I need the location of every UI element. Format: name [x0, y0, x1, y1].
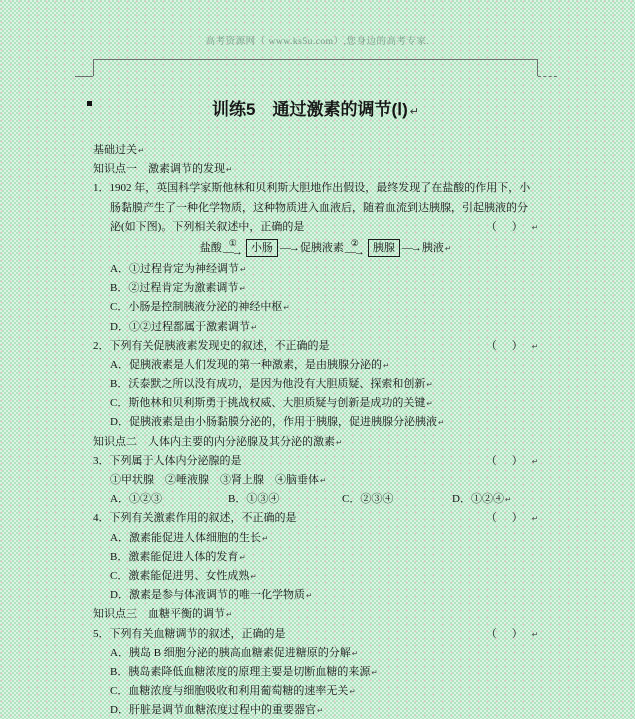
paragraph-mark-icon: ↵ — [306, 586, 312, 605]
line-text: 知识点三 血糖平衡的调节 — [93, 605, 225, 624]
line-text: 4．下列有关激素作用的叙述，不正确的是 — [93, 509, 297, 528]
text-line: B．激素能促进人体的发育↵ — [93, 548, 538, 567]
text-line: 知识点一 激素调节的发现↵ — [93, 160, 538, 179]
paragraph-mark-icon: ↵ — [426, 394, 432, 413]
text-line: D．促胰液素是由小肠黏膜分泌的，作用于胰腺，促进胰腺分泌胰液↵ — [93, 413, 538, 432]
paragraph-mark-icon: ↵ — [383, 356, 389, 375]
document-page[interactable]: 高考资源网（ www.ks5u.com）,您身边的高考专家. 训练5 通过激素的… — [0, 0, 635, 719]
diagram-node-pancreas: 胰腺 — [368, 239, 400, 257]
line-text: B．②过程肯定为激素调节 — [110, 279, 238, 298]
arrow-1-icon: ① —→ — [223, 239, 243, 257]
text-line: B．胰岛素降低血糖浓度的原理主要是切断血糖的来源↵ — [93, 663, 538, 682]
paragraph-mark-icon: ↵ — [226, 160, 232, 179]
page-boundary-top — [93, 59, 538, 60]
paragraph-mark-icon: ↵ — [410, 106, 419, 118]
text-line: 知识点二 人体内主要的内分泌腺及其分泌的激素↵ — [93, 433, 538, 452]
choice-a: A．①②③ — [110, 490, 228, 509]
page-title-text: 训练5 通过激素的调节(Ⅰ) — [212, 100, 408, 119]
page-boundary-left-corner — [93, 59, 94, 76]
paragraph-mark-icon: ↵ — [250, 567, 256, 586]
title-bullet-icon — [87, 101, 92, 106]
arrow-icon: —→ — [280, 243, 300, 253]
text-line: ①甲状腺 ②唾液腺 ③肾上腺 ④脑垂体↵ — [93, 471, 538, 490]
text-line: 泌(如下图)。下列相关叙述中，正确的是（ ）↵ — [93, 218, 538, 237]
text-line: D．肝脏是调节血糖浓度过程中的重要器官↵ — [93, 701, 538, 719]
answer-bracket: （ ） — [486, 452, 531, 471]
diagram-secretin-label: 促胰液素 — [300, 242, 344, 255]
pathway-diagram: 盐酸 ① —→ 小肠 —→ 促胰液素 ② —→ 胰腺 —→ 胰液 ↵ — [93, 237, 538, 260]
line-text: 肠黏膜产生了一种化学物质，这种物质进入血液后，随着血流到达胰腺，引起胰液的分 — [110, 199, 528, 218]
paragraph-mark-icon: ↵ — [240, 260, 246, 279]
line-text: 1．1902 年，英国科学家斯他林和贝利斯大胆地作出假设，最终发现了在盐酸的作用… — [93, 179, 530, 198]
paragraph-mark-icon: ↵ — [352, 644, 358, 663]
paragraph-mark-icon: ↵ — [239, 548, 245, 567]
paragraph-mark-icon: ↵ — [532, 218, 538, 237]
text-line: D．激素是参与体液调节的唯一化学物质↵ — [93, 586, 538, 605]
paragraph-mark-icon: ↵ — [445, 242, 451, 255]
arrow-icon: —→ — [402, 243, 422, 253]
answer-bracket: （ ） — [486, 625, 531, 644]
line-text: D．激素是参与体液调节的唯一化学物质 — [110, 586, 305, 605]
paragraph-mark-icon: ↵ — [426, 375, 432, 394]
diagram-end-label: 胰液 — [422, 242, 444, 255]
text-line: C．激素能促进男、女性成熟↵ — [93, 567, 538, 586]
text-line: A．胰岛 B 细胞分泌的胰高血糖素促进糖原的分解↵ — [93, 644, 538, 663]
page-boundary-left-mark — [75, 76, 93, 77]
paragraph-mark-icon: ↵ — [532, 337, 538, 356]
text-line: 知识点三 血糖平衡的调节↵ — [93, 605, 538, 624]
text-line: 1．1902 年，英国科学家斯他林和贝利斯大胆地作出假设，最终发现了在盐酸的作用… — [93, 179, 538, 198]
paragraph-mark-icon: ↵ — [532, 625, 538, 644]
line-text: A．激素能促进人体细胞的生长 — [110, 529, 261, 548]
paragraph-mark-icon: ↵ — [317, 701, 323, 719]
line-text: C．血糖浓度与细胞吸收和利用葡萄糖的速率无关 — [110, 682, 348, 701]
line-text: 2．下列有关促胰液素发现史的叙述，不正确的是 — [93, 337, 330, 356]
text-line: 基础过关↵ — [93, 141, 538, 160]
text-line: A．促胰液素是人们发现的第一种激素，是由胰腺分泌的↵ — [93, 356, 538, 375]
paragraph-mark-icon: ↵ — [505, 490, 511, 509]
line-text: D．①②过程都属于激素调节 — [110, 318, 250, 337]
text-line: C．斯他林和贝利斯勇于挑战权威、大胆质疑与创新是成功的关键↵ — [93, 394, 538, 413]
text-line: A．①过程肯定为神经调节↵ — [93, 260, 538, 279]
paragraph-mark-icon: ↵ — [438, 413, 444, 432]
line-text: B．沃泰默之所以没有成功，是因为他没有大胆质疑、探索和创新 — [110, 375, 425, 394]
page-title: 训练5 通过激素的调节(Ⅰ)↵ — [93, 95, 538, 120]
diagram-node-small-intestine: 小肠 — [246, 239, 278, 257]
text-line: 4．下列有关激素作用的叙述，不正确的是（ ）↵ — [93, 509, 538, 528]
line-text: 基础过关 — [93, 141, 137, 160]
line-text: 知识点二 人体内主要的内分泌腺及其分泌的激素 — [93, 433, 335, 452]
paragraph-mark-icon: ↵ — [226, 605, 232, 624]
text-line: C．小肠是控制胰液分泌的神经中枢↵ — [93, 298, 538, 317]
paragraph-mark-icon: ↵ — [251, 318, 257, 337]
text-line: 3．下列属于人体内分泌腺的是（ ）↵ — [93, 452, 538, 471]
answer-bracket: （ ） — [486, 509, 531, 528]
paragraph-mark-icon: ↵ — [239, 279, 245, 298]
paragraph-mark-icon: ↵ — [336, 433, 342, 452]
paragraph-mark-icon: ↵ — [532, 509, 538, 528]
paragraph-mark-icon: ↵ — [283, 298, 289, 317]
paragraph-mark-icon: ↵ — [371, 663, 377, 682]
line-text: B．胰岛素降低血糖浓度的原理主要是切断血糖的来源 — [110, 663, 370, 682]
line-text: 知识点一 激素调节的发现 — [93, 160, 225, 179]
paragraph-mark-icon: ↵ — [138, 141, 144, 160]
line-text: A．促胰液素是人们发现的第一种激素，是由胰腺分泌的 — [110, 356, 382, 375]
diagram-start-label: 盐酸 — [200, 242, 222, 255]
line-text: D．肝脏是调节血糖浓度过程中的重要器官 — [110, 701, 316, 719]
line-text: A．胰岛 B 细胞分泌的胰高血糖素促进糖原的分解 — [110, 644, 351, 663]
line-text: A．①过程肯定为神经调节 — [110, 260, 239, 279]
line-text: ①甲状腺 ②唾液腺 ③肾上腺 ④脑垂体 — [110, 471, 319, 490]
text-line: D．①②过程都属于激素调节↵ — [93, 318, 538, 337]
choice-d: D．①②④ — [452, 490, 504, 509]
text-line: B．沃泰默之所以没有成功，是因为他没有大胆质疑、探索和创新↵ — [93, 375, 538, 394]
paragraph-mark-icon: ↵ — [320, 471, 326, 490]
line-text: C．激素能促进男、女性成熟 — [110, 567, 249, 586]
line-text: B．激素能促进人体的发育 — [110, 548, 238, 567]
text-line: 肠黏膜产生了一种化学物质，这种物质进入血液后，随着血流到达胰腺，引起胰液的分 — [93, 199, 538, 218]
choice-options-row: A．①②③ B．①③④ C．②③④ D．①②④ ↵ — [93, 490, 538, 509]
document-body[interactable]: 基础过关↵知识点一 激素调节的发现↵1．1902 年，英国科学家斯他林和贝利斯大… — [93, 141, 538, 719]
line-text: C．斯他林和贝利斯勇于挑战权威、大胆质疑与创新是成功的关键 — [110, 394, 425, 413]
arrow-2-icon: ② —→ — [345, 239, 365, 257]
text-line: B．②过程肯定为激素调节↵ — [93, 279, 538, 298]
page-boundary-right-mark — [538, 76, 557, 77]
choice-c: C．②③④ — [342, 490, 452, 509]
line-text: 5．下列有关血糖调节的叙述，正确的是 — [93, 625, 286, 644]
paragraph-mark-icon: ↵ — [349, 682, 355, 701]
text-line: C．血糖浓度与细胞吸收和利用葡萄糖的速率无关↵ — [93, 682, 538, 701]
line-text: 泌(如下图)。下列相关叙述中，正确的是 — [110, 218, 304, 237]
text-line: A．激素能促进人体细胞的生长↵ — [93, 529, 538, 548]
answer-bracket: （ ） — [486, 337, 531, 356]
answer-bracket: （ ） — [486, 218, 531, 237]
text-line: 5．下列有关血糖调节的叙述，正确的是（ ）↵ — [93, 625, 538, 644]
line-text: D．促胰液素是由小肠黏膜分泌的，作用于胰腺，促进胰腺分泌胰液 — [110, 413, 437, 432]
watermark-text: 高考资源网（ www.ks5u.com）,您身边的高考专家. — [0, 33, 635, 47]
paragraph-mark-icon: ↵ — [262, 529, 268, 548]
choice-b: B．①③④ — [228, 490, 342, 509]
text-line: 2．下列有关促胰液素发现史的叙述，不正确的是（ ）↵ — [93, 337, 538, 356]
line-text: C．小肠是控制胰液分泌的神经中枢 — [110, 298, 282, 317]
arrow-shaft-icon: —→ — [223, 247, 243, 257]
page-boundary-right-corner — [537, 59, 538, 76]
arrow-shaft-icon: —→ — [345, 247, 365, 257]
line-text: 3．下列属于人体内分泌腺的是 — [93, 452, 242, 471]
paragraph-mark-icon: ↵ — [532, 452, 538, 471]
